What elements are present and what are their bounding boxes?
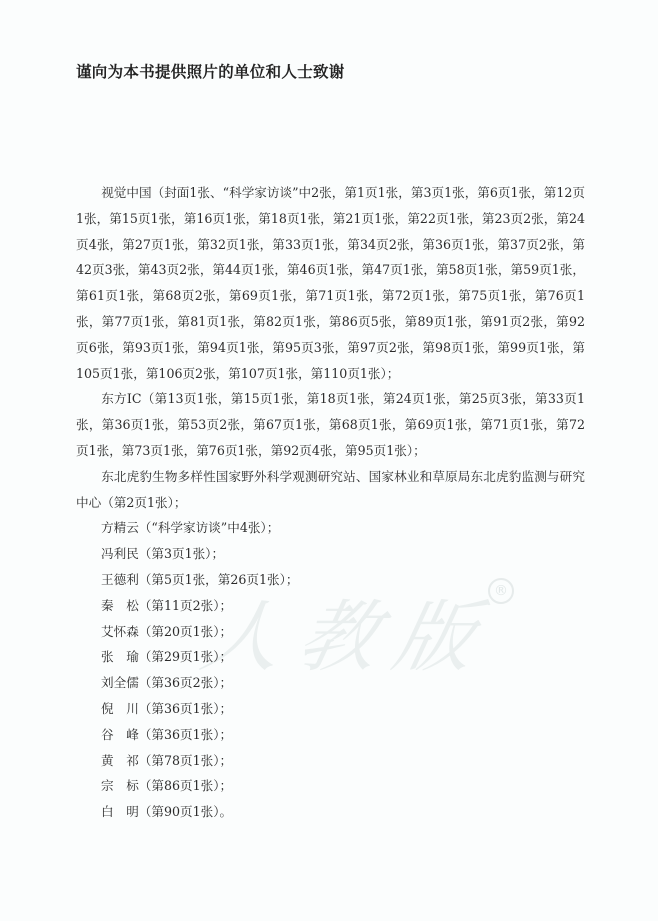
page-title: 谨向为本书提供照片的单位和人士致谢 (76, 60, 345, 82)
person-credit: 方精云（“科学家访谈”中4张）； (76, 515, 585, 541)
person-photo-credit: （第5页1张，第26页1张）； (139, 572, 299, 587)
person-credit: 张 瑜（第29页1张）； (76, 644, 585, 670)
person-credit: 王德利（第5页1张，第26页1张）； (76, 567, 585, 593)
credit-paragraph-dfic: 东方IC（第13页1张，第15页1张，第18页1张，第24页1张，第25页3张，… (76, 386, 585, 463)
person-name: 王德利 (101, 572, 139, 587)
person-name: 谷 峰 (101, 727, 139, 742)
person-photo-credit: （第36页2张）； (139, 675, 232, 690)
person-photo-credit: （第78页1张）； (139, 753, 232, 768)
person-photo-credit: （第36页1张）； (139, 727, 232, 742)
person-photo-credit: （第3页1张）； (139, 546, 224, 561)
person-photo-credit: （第11页2张）； (139, 598, 232, 613)
document-page: 人教版 ® 谨向为本书提供照片的单位和人士致谢 视觉中国（封面1张、“科学家访谈… (0, 0, 658, 921)
person-name: 方精云 (101, 520, 139, 535)
person-photo-credit: （第36页1张）； (139, 701, 232, 716)
person-name: 秦 松 (101, 598, 139, 613)
person-photo-credit: （第20页1张）； (139, 624, 232, 639)
person-photo-credit: （“科学家访谈”中4张）； (139, 520, 280, 535)
person-photo-credit: （第86页1张）； (139, 778, 232, 793)
person-credit: 倪 川（第36页1张）； (76, 696, 585, 722)
person-name: 黄 祁 (101, 753, 139, 768)
person-credit: 宗 标（第86页1张）； (76, 773, 585, 799)
person-name: 张 瑜 (101, 649, 139, 664)
acknowledgement-body: 视觉中国（封面1张、“科学家访谈”中2张，第1页1张，第3页1张，第6页1张，第… (76, 180, 585, 825)
person-credit: 黄 祁（第78页1张）； (76, 748, 585, 774)
person-photo-credit: （第90页1张）。 (139, 804, 232, 819)
person-credit: 谷 峰（第36页1张）； (76, 722, 585, 748)
person-name: 冯利民 (101, 546, 139, 561)
person-credit: 艾怀森（第20页1张）； (76, 619, 585, 645)
person-credit: 秦 松（第11页2张）； (76, 593, 585, 619)
person-name: 艾怀森 (101, 624, 139, 639)
person-name: 倪 川 (101, 701, 139, 716)
person-credit: 冯利民（第3页1张）； (76, 541, 585, 567)
credit-paragraph-vcg: 视觉中国（封面1张、“科学家访谈”中2张，第1页1张，第3页1张，第6页1张，第… (76, 180, 585, 386)
person-name: 宗 标 (101, 778, 139, 793)
person-credit: 白 明（第90页1张）。 (76, 799, 585, 825)
person-name: 白 明 (101, 804, 139, 819)
credit-paragraph-research-station: 东北虎豹生物多样性国家野外科学观测研究站、国家林业和草原局东北虎豹监测与研究中心… (76, 464, 585, 516)
person-photo-credit: （第29页1张）； (139, 649, 232, 664)
person-credit: 刘全儒（第36页2张）； (76, 670, 585, 696)
person-name: 刘全儒 (101, 675, 139, 690)
